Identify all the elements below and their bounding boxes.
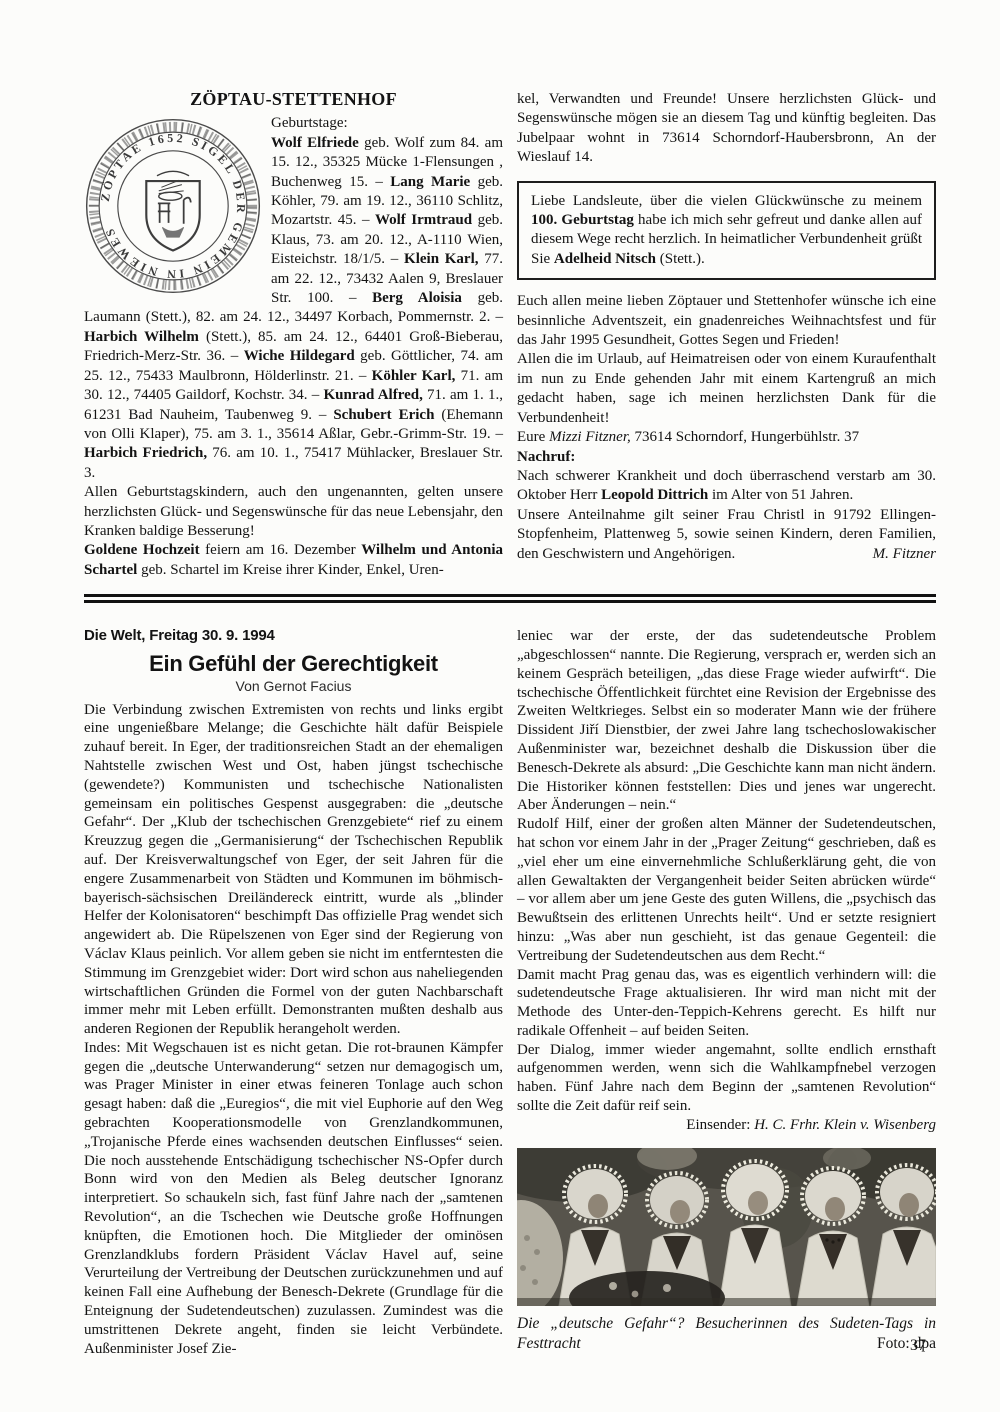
village-seal-image: ZÖPTAE 1652 SIGEL DER GEMEIN IN NIEWES [84, 116, 262, 296]
photo-credit: Foto: dpa [877, 1334, 936, 1354]
article-source-line: Die Welt, Freitag 30. 9. 1994 [84, 627, 503, 646]
photo-caption: Die „deutsche Gefahr“? Besucherinnen des… [517, 1314, 936, 1354]
thank-you-letter: Liebe Landsleute, über die vielen Glückw… [531, 192, 922, 270]
obituary-signature: M. Fitzner [873, 545, 936, 564]
article-byline: Von Gernot Facius [84, 677, 503, 696]
obituary-right-column: kel, Verwandten und Freunde! Unsere herz… [517, 90, 936, 580]
page-number: 37 [910, 1337, 926, 1355]
section-divider [84, 594, 936, 603]
obituary-notice: Nach schwerer Krankheit und doch überras… [517, 467, 936, 506]
scanned-newsletter-page: ZÖPTAU-STETTENHOF ZÖPTAE 1652 SIGEL DER … [0, 0, 1000, 1358]
article-paragraph: Damit macht Prag genau das, was es eigen… [517, 966, 936, 1041]
article-left-column: Die Welt, Freitag 30. 9. 1994 Ein Gefühl… [84, 627, 503, 1358]
obituary-section: ZÖPTAU-STETTENHOF ZÖPTAE 1652 SIGEL DER … [84, 90, 936, 580]
nachruf-heading: Nachruf: [517, 449, 575, 465]
obituary-left-column: ZÖPTAU-STETTENHOF ZÖPTAE 1652 SIGEL DER … [84, 90, 503, 580]
article-paragraph: Rudolf Hilf, einer der großen alten Männ… [517, 815, 936, 965]
article-right-column: leniec war der erste, der das sudetendeu… [517, 627, 936, 1358]
article-title: Ein Gefühl der Gerechtigkeit [84, 655, 503, 674]
seal-graphic: ZÖPTAE 1652 SIGEL DER GEMEIN IN NIEWES [84, 116, 262, 296]
golden-wedding-continued: kel, Verwandten und Freunde! Unsere herz… [517, 90, 936, 168]
article-paragraph: Indes: Mit Wegschauen ist es nicht getan… [84, 1039, 503, 1359]
seal-shield [146, 172, 199, 251]
thanks-note: Allen die im Urlaub, auf Heimatreisen od… [517, 350, 936, 428]
thank-you-letter-box: Liebe Landsleute, über die vielen Glückw… [517, 181, 936, 281]
article-paragraph: Die Verbindung zwischen Extremisten von … [84, 701, 503, 1039]
einsender-line: Einsender: H. C. Frhr. Klein v. Wisenber… [517, 1116, 936, 1135]
article-paragraph: Der Dialog, immer wieder angemahnt, soll… [517, 1041, 936, 1116]
obituary-condolence: Unsere Anteilnahme gilt seiner Frau Chri… [517, 506, 936, 564]
advent-greeting: Euch allen meine lieben Zöptauer und Ste… [517, 292, 936, 350]
golden-wedding-left: Goldene Hochzeit feiern am 16. Dezember … [84, 541, 503, 580]
greeting-signature: Eure Mizzi Fitzner, 73614 Schorndorf, Hu… [517, 428, 936, 447]
sudeten-tag-photo [517, 1148, 936, 1306]
svg-text:ZÖPTAE 1652 SIGEL DER GEMEIN I: ZÖPTAE 1652 SIGEL DER GEMEIN IN NIEWES [98, 131, 248, 281]
seal-ring-text: ZÖPTAE 1652 SIGEL DER GEMEIN IN NIEWES [98, 131, 248, 281]
community-heading: ZÖPTAU-STETTENHOF [84, 90, 503, 109]
einsender-name: H. C. Frhr. Klein v. Wisenberg [754, 1117, 936, 1133]
article-paragraph: leniec war der erste, der das sudetendeu… [517, 627, 936, 815]
article-section: Die Welt, Freitag 30. 9. 1994 Ein Gefühl… [84, 627, 936, 1358]
birthday-wishes: Allen Geburtstagskindern, auch den ungen… [84, 483, 503, 541]
